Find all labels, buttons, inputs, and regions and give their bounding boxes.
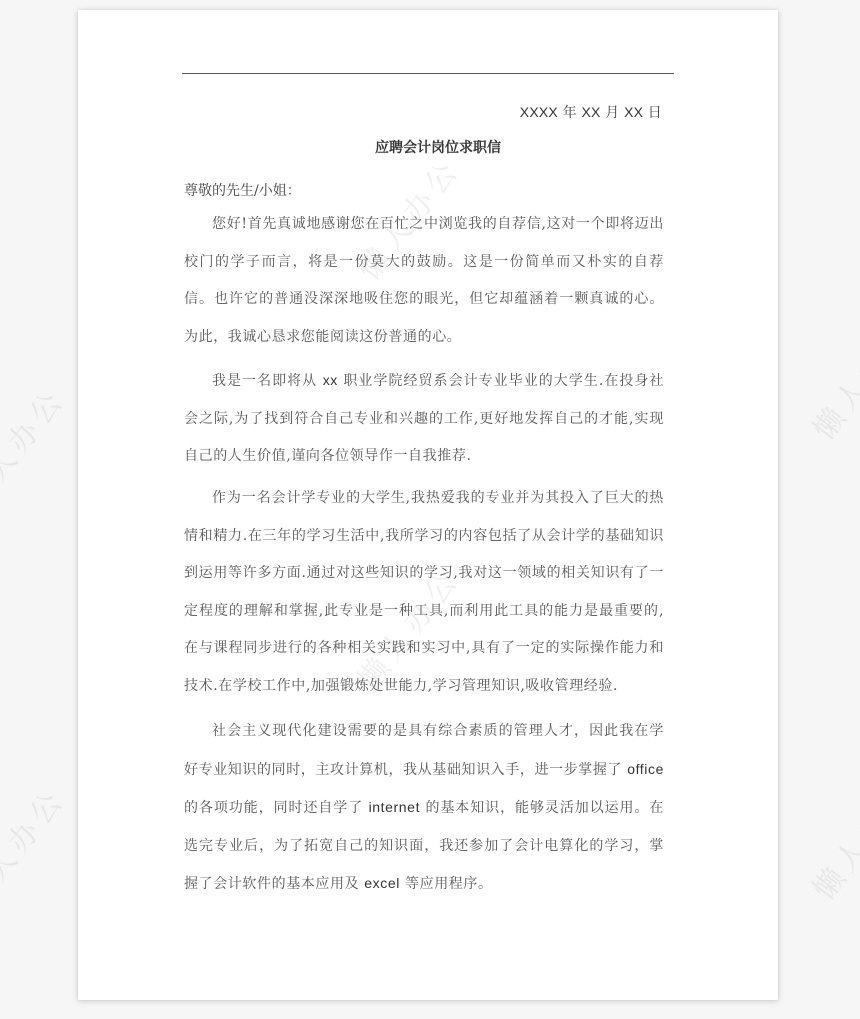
watermark: 懒人办公 [800, 307, 860, 448]
date-line: XXXX 年 XX 月 XX 日 [520, 102, 662, 122]
date-year: XXXX [520, 104, 558, 120]
paragraph-4-excel: excel [364, 875, 400, 891]
paragraph-1-text: 您好!首先真诚地感谢您在百忙之中浏览我的自荐信,这对一个即将迈出校门的学子而言，… [184, 216, 664, 345]
paragraph-4-text-a: 社会主义现代化建设需要的是具有综合素质的管理人才，因此我在学好专业知识的同时，主… [184, 723, 664, 778]
paragraph-4-text-d: 等应用程序。 [400, 876, 493, 892]
watermark: 懒人办公 [800, 767, 860, 908]
paragraph-4-internet: internet [369, 799, 421, 815]
date-month-unit: 月 [605, 105, 619, 121]
paragraph-3: 作为一名会计学专业的大学生,我热爱我的专业并为其投入了巨大的热情和精力.在三年的… [184, 480, 664, 706]
date-day-unit: 日 [648, 105, 662, 121]
date-year-unit: 年 [563, 105, 577, 121]
watermark: 懒人办公 [0, 777, 74, 918]
paragraph-3-text: 作为一名会计学专业的大学生,我热爱我的专业并为其投入了巨大的热情和精力.在三年的… [184, 490, 664, 694]
paragraph-2: 我是一名即将从 xx 职业学院经贸系会计专业毕业的大学生.在投身社会之际,为了找… [184, 362, 664, 476]
watermark: 懒人办公 [0, 377, 74, 518]
paragraph-4: 社会主义现代化建设需要的是具有综合素质的管理人才，因此我在学好专业知识的同时，主… [184, 713, 664, 904]
header-rule [182, 73, 674, 74]
date-day: XX [624, 104, 643, 120]
paragraph-4-text-b: 的各项功能，同时还自学了 [184, 800, 369, 816]
document-title: 应聘会计岗位求职信 [78, 137, 798, 157]
document-page: XXXX 年 XX 月 XX 日 应聘会计岗位求职信 尊敬的先生/小姐： 您好!… [78, 10, 778, 1000]
date-month: XX [581, 104, 600, 120]
paragraph-4-office: office [627, 761, 664, 777]
salutation: 尊敬的先生/小姐： [184, 180, 301, 200]
paragraph-1: 您好!首先真诚地感谢您在百忙之中浏览我的自荐信,这对一个即将迈出校门的学子而言，… [184, 206, 664, 356]
paragraph-2-text-a: 我是一名即将从 [212, 373, 323, 389]
paragraph-2-school-name: xx [323, 372, 338, 388]
